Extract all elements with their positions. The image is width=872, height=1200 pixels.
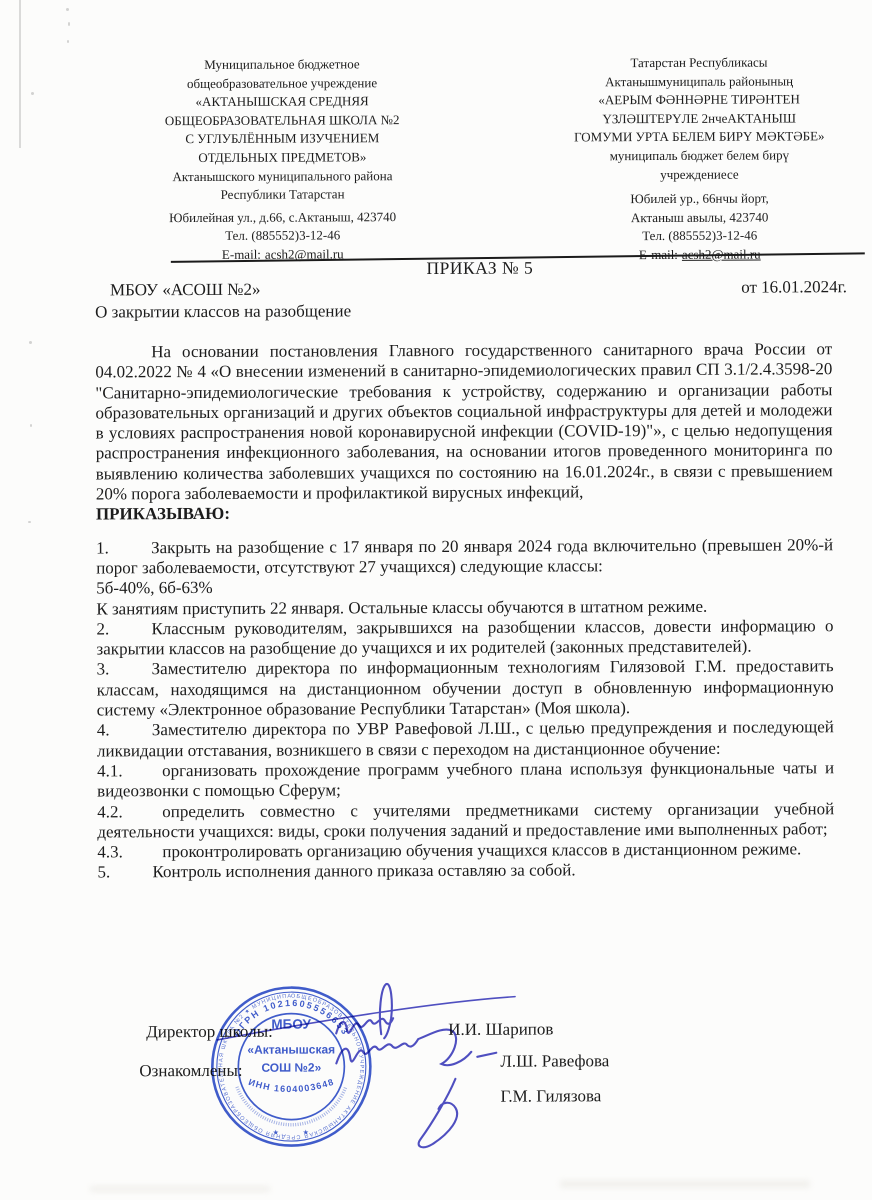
item-text: Закрыть на разобщение с 17 января по 20 …	[96, 535, 833, 578]
signature-stroke-sharipov	[380, 984, 392, 1038]
acknowledged-name: Г.М. Гилязова	[500, 1086, 601, 1106]
org-name-line: общеобразовательное учреждение	[127, 74, 437, 94]
director-name: И.И. Шарипов	[448, 1019, 553, 1039]
org-name-line: учреждениесе	[544, 165, 854, 185]
org-name-line: ОБЩЕОБРАЗОВАТЕЛЬНАЯ ШКОЛА №2	[127, 111, 437, 131]
order-item-5: 5.Контроль исполнения данного приказа ос…	[97, 860, 834, 884]
address-line: Актаныш авылы, 423740	[545, 208, 855, 228]
order-item-3: 3.Заместителю директора по информационны…	[97, 657, 834, 721]
org-name-line: Муниципальное бюджетное	[127, 55, 437, 75]
order-body: На основании постановления Главного госу…	[95, 339, 834, 883]
org-name-line: С УГЛУБЛЁННЫМ ИЗУЧЕНИЕМ	[127, 129, 437, 149]
phone-line: Тел. (885552)3-12-46	[545, 226, 855, 246]
stamp-center-line: «Актанышская	[247, 1042, 335, 1056]
org-address: Юбилейная ул., д.66, с.Актаныш, 423740 Т…	[128, 208, 438, 265]
order-item-4-1: 4.1.организовать прохождение программ уч…	[97, 758, 834, 802]
org-name-line: Актанышского муниципального района	[127, 167, 437, 187]
org-short-name: МБОУ «АСОШ №2»	[110, 280, 261, 301]
stamp-star-icon: ★	[303, 1129, 309, 1137]
org-header-russian: Муниципальное бюджетное общеобразователь…	[127, 55, 438, 265]
org-name-line: муниципаль бюджет белем бирү	[544, 146, 854, 166]
item-number: 3.	[97, 660, 152, 681]
order-date: от 16.01.2024г.	[741, 277, 847, 297]
address-line: Юбилей ур., 66нчы йорт,	[545, 189, 855, 209]
order-subject: О закрытии классов на разобщение	[95, 301, 351, 322]
item-number: 4.3.	[97, 842, 162, 863]
signature-stroke-gilyazova	[418, 1079, 457, 1147]
stamp-center-line: СОШ №2»	[261, 1060, 321, 1074]
order-item-2: 2.Классным руководителям, закрывшихся на…	[96, 616, 833, 660]
order-item-4: 4.Заместителю директора по УВР Равефовой…	[97, 718, 834, 762]
item-text: определить совместно с учителями предмет…	[97, 799, 834, 842]
org-name-line: Республики Татарстан	[128, 185, 438, 205]
item-number: 5.	[97, 863, 152, 884]
resolve-word: ПРИКАЗЫВАЮ:	[96, 502, 833, 526]
org-name-line: Актанышмуниципаль районының	[544, 72, 854, 92]
item-number: 2.	[96, 619, 151, 640]
phone-line: Тел. (885552)3-12-46	[128, 226, 438, 246]
item-text: организовать прохождение программ учебно…	[97, 758, 834, 801]
org-name-line: ГОМУМИ УРТА БЕЛЕМ БИРҮ МӘКТӘБЕ»	[544, 128, 854, 148]
org-name-line: «АКТАНЫШСКАЯ СРЕДНЯЯ	[127, 92, 437, 112]
item-number: 4.	[97, 721, 152, 742]
org-header-tatar: Татарстан Республикасы Актанышмуниципаль…	[544, 53, 855, 265]
item-number: 1.	[96, 538, 151, 559]
order-item-1: 1.Закрыть на разобщение с 17 января по 2…	[96, 535, 833, 579]
item-text: Контроль исполнения данного приказа оста…	[152, 861, 575, 882]
item-number: 4.1.	[97, 761, 162, 782]
intro-paragraph: На основании постановления Главного госу…	[95, 339, 833, 505]
order-meta-row: МБОУ «АСОШ №2» от 16.01.2024г.	[0, 277, 872, 303]
official-stamp: ОБЩЕОБРАЗОВАТЕЛЬНОЕ УЧРЕЖДЕНИЕ АКТАНЫШСК…	[201, 976, 382, 1157]
item-text: Заместителю директора по УВР Равефовой Л…	[97, 718, 834, 761]
document-page: Муниципальное бюджетное общеобразователь…	[0, 0, 872, 1200]
org-name-line: «АЕРЫМ ФӘННӘРНЕ ТИРӘНТЕН	[544, 90, 854, 110]
document-sheet: Муниципальное бюджетное общеобразователь…	[0, 0, 872, 1200]
item-text: Заместителю директора по информационным …	[97, 657, 834, 720]
item-number: 4.2.	[97, 802, 162, 823]
org-name-line: ОТДЕЛЬНЫХ ПРЕДМЕТОВ»	[127, 148, 437, 168]
stamp-star-icon: ★	[273, 1129, 279, 1137]
signature-dash-ravefova	[477, 1053, 496, 1057]
address-line: Юбилейная ул., д.66, с.Актаныш, 423740	[128, 208, 438, 228]
stamp-inn-text: ИНН 1604003648	[247, 1077, 335, 1095]
org-name-line: ҮЗЛӘШТЕРҮЛЕ 2нчеАКТАНЫШ	[544, 109, 854, 129]
order-item-4-2: 4.2.определить совместно с учителями пре…	[97, 799, 834, 843]
item-text: Классным руководителям, закрывшихся на р…	[96, 616, 833, 659]
order-item-4-3: 4.3.проконтролировать организацию обучен…	[97, 839, 834, 863]
org-name-line: Татарстан Республикасы	[544, 53, 854, 73]
item-text: проконтролировать организацию обучения у…	[162, 840, 801, 862]
acknowledged-name: Л.Ш. Равефова	[500, 1051, 609, 1071]
stamp-center-line: МБОУ	[271, 1017, 311, 1032]
